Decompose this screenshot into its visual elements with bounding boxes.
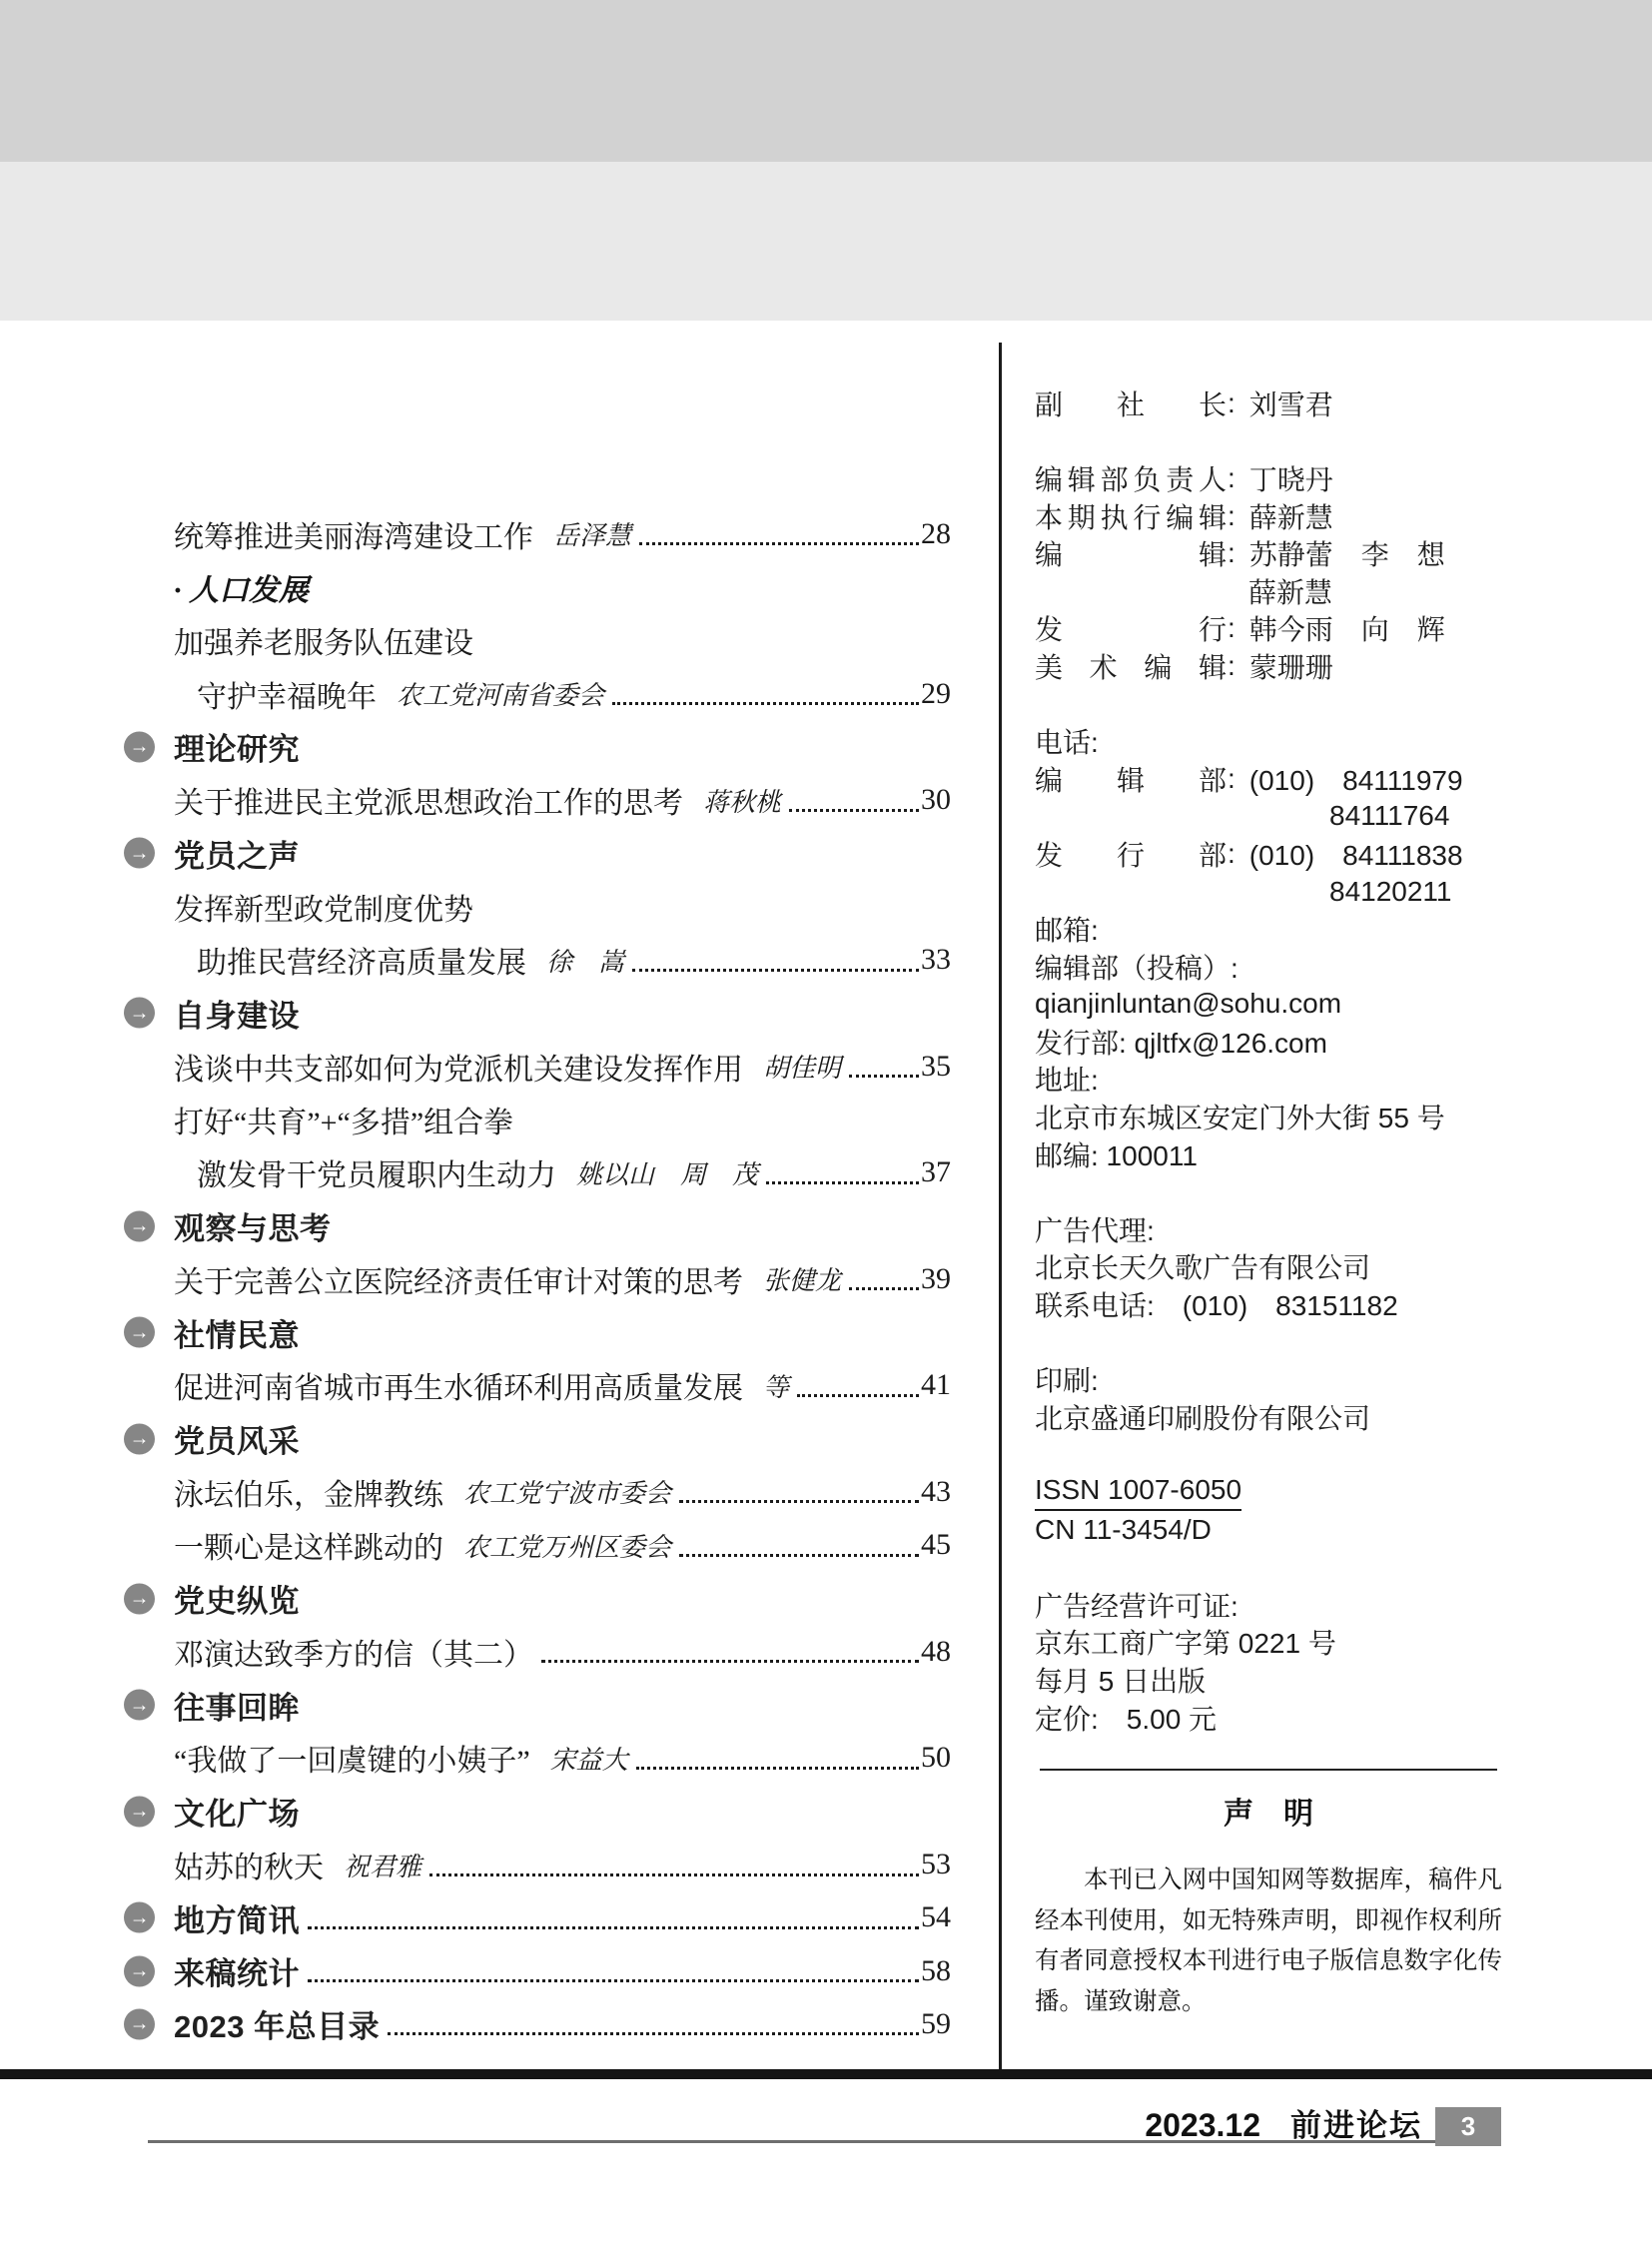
toc-article-row: 关于完善公立医院经济责任审计对策的思考张健龙39 (124, 1252, 951, 1305)
toc-section-row: →文化广场 (124, 1785, 951, 1838)
masthead-field-colon: : (1228, 763, 1236, 795)
toc-item-page: 35 (921, 1050, 951, 1084)
toc-item-title: “我做了一回虞键的小姨子” (174, 1736, 530, 1780)
masthead-field-row: 副社长:刘雪君 (1035, 384, 1609, 422)
dotted-leader (766, 1181, 919, 1184)
arrow-circle-icon: → (124, 998, 155, 1029)
toc-item-title: 守护幸福晚年 (197, 672, 377, 716)
top-band-dark (0, 0, 1652, 162)
toc-item-title: 发挥新型政党制度优势 (174, 885, 473, 929)
masthead-field-value: 84111764 (1329, 800, 1449, 832)
toc-item-author: 祝君雅 (344, 1847, 421, 1883)
masthead-text-row: 京东工商广字第 0221 号 (1035, 1624, 1609, 1662)
masthead-text: 邮箱: (1035, 909, 1099, 949)
toc-item-title: 浅谈中共支部如何为党派机关建设发挥作用 (174, 1045, 743, 1089)
masthead-field-row: 发行:韩今雨 向 辉 (1035, 610, 1609, 648)
masthead-text-row: 电话: (1035, 722, 1609, 760)
dotted-leader (797, 1394, 919, 1397)
toc-article-row: 助推民营经济高质量发展徐 嵩33 (124, 933, 951, 986)
masthead-text-row: ISSN 1007-6050 (1035, 1473, 1609, 1511)
masthead-field-row: 编辑部:(010) 84111979 (1035, 760, 1609, 798)
masthead-gap (1035, 1323, 1609, 1361)
masthead-field-row: 美术编辑:蒙珊珊 (1035, 647, 1609, 685)
masthead-gap (1035, 685, 1609, 723)
masthead-field-label: 本期执行编辑 (1035, 496, 1227, 536)
page-number-badge: 3 (1435, 2107, 1501, 2146)
masthead-text: 地址: (1035, 1059, 1099, 1099)
statement-title: 声 明 (1035, 1789, 1502, 1833)
toc-item-title: 地方简讯 (174, 1895, 300, 1940)
footer-journal-name: 前进论坛 (1290, 2100, 1422, 2145)
masthead-continuation-row: 84111764 (1035, 798, 1609, 836)
toc-item-title: 助推民营经济高质量发展 (197, 938, 526, 982)
arrow-circle-icon: → (124, 838, 155, 869)
toc-item-title: 文化广场 (174, 1789, 300, 1834)
masthead-field-value: 韩今雨 向 辉 (1249, 608, 1445, 648)
toc-item-author: 农工党万州区委会 (463, 1527, 671, 1564)
masthead-field-value: 苏静蕾 李 想 (1249, 533, 1445, 573)
toc-item-title: 往事回眸 (174, 1683, 300, 1728)
masthead-continuation-row: 84120211 (1035, 873, 1609, 911)
toc-item-page: 30 (921, 783, 951, 817)
toc-item-title: 党员之声 (174, 831, 300, 876)
toc-item-page: 28 (921, 517, 951, 551)
arrow-circle-icon: → (124, 1955, 155, 1986)
masthead-text-row: 印刷: (1035, 1360, 1609, 1398)
toc-item-page: 29 (921, 677, 951, 711)
masthead-continuation-row: 薛新慧 (1035, 572, 1609, 610)
toc-item-page: 37 (921, 1155, 951, 1189)
toc-item-page: 50 (921, 1741, 951, 1775)
toc-section-row: →理论研究 (124, 720, 951, 773)
masthead-field-value: (010) 84111838 (1249, 834, 1463, 874)
toc-article-row: 泳坛伯乐，金牌教练农工党宁波市委会43 (124, 1465, 951, 1518)
masthead-field-colon: : (1228, 838, 1236, 870)
toc-section-row: →观察与思考 (124, 1199, 951, 1252)
masthead-text-row: 邮编: 100011 (1035, 1135, 1609, 1173)
masthead-field-value: 薛新慧 (1248, 571, 1332, 611)
masthead-text-row: 广告代理: (1035, 1210, 1609, 1248)
toc-article-row: 一颗心是这样跳动的农工党万州区委会45 (124, 1519, 951, 1572)
masthead-field-label: 编辑 (1035, 533, 1227, 573)
toc-article-row: 邓演达致季方的信（其二）48 (124, 1625, 951, 1678)
footer-bar (0, 2069, 1652, 2079)
toc-item-page: 54 (921, 1900, 951, 1934)
masthead-text: 定价: 5.00 元 (1035, 1698, 1217, 1738)
dotted-leader (429, 1873, 919, 1876)
dotted-leader (639, 542, 919, 545)
masthead-text-row: 定价: 5.00 元 (1035, 1699, 1609, 1737)
toc-item-page: 58 (921, 1954, 951, 1988)
toc-item-page: 39 (921, 1262, 951, 1296)
toc-item-author: 张健龙 (763, 1260, 841, 1297)
masthead-field-value: (010) 84111979 (1249, 759, 1463, 799)
column-divider (999, 343, 1002, 2069)
masthead-field-colon: : (1228, 462, 1236, 494)
toc-list: 统筹推进美丽海湾建设工作岳泽慧28· 人口发展加强养老服务队伍建设守护幸福晚年农… (124, 507, 951, 2051)
masthead-text: 京东工商广字第 0221 号 (1035, 1622, 1336, 1662)
toc-item-author: 岳泽慧 (553, 515, 631, 552)
dotted-leader (308, 1979, 919, 1982)
toc-article-row: 守护幸福晚年农工党河南省委会29 (124, 667, 951, 720)
masthead-field-colon: : (1228, 500, 1236, 532)
toc-item-title: 姑苏的秋天 (174, 1843, 324, 1886)
top-band-light (0, 162, 1652, 321)
masthead-field-label: 编辑部 (1035, 759, 1227, 799)
toc-item-title: 一颗心是这样跳动的 (174, 1523, 443, 1567)
toc-item-title: 观察与思考 (174, 1203, 332, 1248)
masthead-text-row: 北京市东城区安定门外大街 55 号 (1035, 1098, 1609, 1135)
masthead-field-colon: : (1228, 537, 1236, 569)
toc-item-title: 党史纵览 (174, 1576, 300, 1621)
masthead-field-row: 本期执行编辑:薛新慧 (1035, 497, 1609, 535)
toc-article-row: 姑苏的秋天祝君雅53 (124, 1838, 951, 1890)
toc-article-row: 激发骨干党员履职内生动力姚以山 周 茂37 (124, 1146, 951, 1199)
statement-divider (1040, 1769, 1497, 1771)
arrow-circle-icon: → (124, 1423, 155, 1454)
toc-article-row: 发挥新型政党制度优势 (124, 880, 951, 933)
masthead-text: 北京长天久歌广告有限公司 (1035, 1246, 1370, 1286)
masthead-text: 北京市东城区安定门外大街 55 号 (1035, 1097, 1445, 1136)
toc-item-page: 45 (921, 1528, 951, 1562)
dotted-leader (612, 702, 919, 705)
toc-item-title: 理论研究 (174, 724, 300, 769)
masthead-text: 电话: (1035, 721, 1099, 761)
toc-item-title: 关于完善公立医院经济责任审计对策的思考 (174, 1257, 743, 1301)
toc-section-row: →社情民意 (124, 1305, 951, 1358)
toc-item-author: 等 (763, 1367, 789, 1404)
masthead-text: 邮编: 100011 (1035, 1134, 1198, 1174)
toc-item-title: 打好“共育”+“多措”组合拳 (174, 1098, 513, 1141)
toc-section-row: →来稿统计58 (124, 1944, 951, 1997)
toc-item-title: 统筹推进美丽海湾建设工作 (174, 512, 533, 556)
masthead-gap (1035, 1436, 1609, 1474)
masthead-field-value: 蒙珊珊 (1249, 646, 1333, 686)
toc-item-page: 53 (921, 1848, 951, 1881)
statement-section: 声 明 本刊已入网中国知网等数据库，稿件凡经本刊使用，如无特殊声明，即视作权利所… (1035, 1763, 1502, 2022)
statement-body: 本刊已入网中国知网等数据库，稿件凡经本刊使用，如无特殊声明，即视作权利所有者同意… (1035, 1861, 1502, 2022)
masthead-text: CN 11-3454/D (1035, 1514, 1212, 1546)
dotted-leader (679, 1554, 919, 1557)
masthead-text: 北京盛通印刷股份有限公司 (1035, 1397, 1370, 1437)
masthead-text: 每月 5 日出版 (1035, 1660, 1206, 1700)
footer-issue: 2023.12 (1145, 2107, 1260, 2144)
footer-meta: 2023.12 前进论坛 (1145, 2100, 1422, 2145)
masthead-field-value: 刘雪君 (1249, 383, 1333, 423)
toc-item-author: 姚以山 周 茂 (576, 1154, 758, 1191)
toc-section-row: →往事回眸 (124, 1679, 951, 1732)
masthead-text-row: 编辑部（投稿）: (1035, 948, 1609, 986)
masthead-text-row: 联系电话: (010) 83151182 (1035, 1285, 1609, 1323)
masthead-field-value: 薛新慧 (1249, 496, 1333, 536)
toc-item-author: 徐 嵩 (546, 942, 624, 979)
masthead-text-row: 地址: (1035, 1061, 1609, 1099)
masthead-gap (1035, 1548, 1609, 1586)
masthead-text-row: 北京盛通印刷股份有限公司 (1035, 1398, 1609, 1436)
arrow-circle-icon: → (124, 1690, 155, 1721)
toc-article-row: · 人口发展 (124, 560, 951, 613)
toc-article-row: 关于推进民主党派思想政治工作的思考蒋秋桃30 (124, 773, 951, 826)
masthead-gap (1035, 422, 1609, 460)
masthead-field-label: 副社长 (1035, 383, 1227, 423)
masthead-field-row: 发行部:(010) 84111838 (1035, 835, 1609, 873)
arrow-circle-icon: → (124, 1902, 155, 1933)
masthead-text-row: qianjinluntan@sohu.com (1035, 986, 1609, 1024)
toc-item-title: 激发骨干党员履职内生动力 (197, 1150, 556, 1194)
masthead-text-row: 广告经营许可证: (1035, 1586, 1609, 1624)
dotted-leader (789, 809, 919, 812)
toc-item-page: 33 (921, 943, 951, 977)
masthead-text-row: 每月 5 日出版 (1035, 1661, 1609, 1699)
toc-article-row: 打好“共育”+“多措”组合拳 (124, 1093, 951, 1145)
toc-item-title: · 人口发展 (174, 565, 309, 609)
masthead-field-value: 丁晓丹 (1249, 458, 1333, 498)
toc-item-title: 邓演达致季方的信（其二） (174, 1630, 533, 1674)
toc-item-page: 48 (921, 1635, 951, 1669)
toc-section-row: →党史纵览 (124, 1572, 951, 1625)
masthead-text: 广告经营许可证: (1035, 1585, 1239, 1625)
toc-item-title: 加强养老服务队伍建设 (174, 618, 473, 662)
footer-rule (148, 2140, 1435, 2143)
dotted-leader (849, 1075, 919, 1078)
dotted-leader (541, 1660, 919, 1663)
toc-section-row: →党员之声 (124, 827, 951, 880)
toc-article-row: “我做了一回虞键的小姨子”宋益大50 (124, 1732, 951, 1785)
masthead-text-row: CN 11-3454/D (1035, 1511, 1609, 1549)
toc-item-title: 自身建设 (174, 991, 300, 1036)
masthead-field-value: 84120211 (1329, 876, 1452, 908)
masthead-field-row: 编辑部负责人:丁晓丹 (1035, 459, 1609, 497)
toc-item-title: 社情民意 (174, 1310, 300, 1355)
toc-article-row: 促进河南省城市再生水循环利用高质量发展等41 (124, 1359, 951, 1412)
masthead-field-label: 发行部 (1035, 834, 1227, 874)
toc-item-author: 胡佳明 (763, 1048, 841, 1085)
masthead-text: qianjinluntan@sohu.com (1035, 988, 1341, 1020)
toc-item-page: 59 (921, 2007, 951, 2041)
masthead-text: 广告代理: (1035, 1209, 1155, 1249)
masthead-text: 联系电话: (010) 83151182 (1035, 1284, 1398, 1324)
magazine-toc-page: { "icons": { "section_arrow": "→" }, "to… (0, 0, 1652, 2241)
toc-article-row: 统筹推进美丽海湾建设工作岳泽慧28 (124, 507, 951, 560)
masthead-text-row: 发行部: qjltfx@126.com (1035, 1023, 1609, 1061)
dotted-leader (636, 1767, 919, 1770)
masthead-text-row: 邮箱: (1035, 910, 1609, 948)
toc-section-row: →党员风采 (124, 1412, 951, 1465)
toc-item-author: 宋益大 (550, 1740, 628, 1777)
toc-item-page: 43 (921, 1475, 951, 1509)
masthead-field-colon: : (1228, 612, 1236, 644)
dotted-leader (679, 1500, 919, 1503)
masthead-field-label: 编辑部负责人 (1035, 458, 1227, 498)
masthead-text: 印刷: (1035, 1359, 1099, 1399)
dotted-leader (308, 1926, 919, 1929)
toc-item-page: 41 (921, 1368, 951, 1402)
toc-item-title: 促进河南省城市再生水循环利用高质量发展 (174, 1363, 743, 1407)
dotted-leader (849, 1287, 919, 1290)
toc-item-author: 农工党宁波市委会 (463, 1473, 671, 1510)
masthead-field-label: 发行 (1035, 608, 1227, 648)
masthead-text: 发行部: qjltfx@126.com (1035, 1022, 1327, 1062)
masthead-text: 编辑部（投稿）: (1035, 947, 1239, 987)
masthead-field-colon: : (1228, 387, 1236, 419)
toc-item-title: 党员风采 (174, 1416, 300, 1461)
toc-item-title: 来稿统计 (174, 1948, 300, 1993)
arrow-circle-icon: → (124, 731, 155, 762)
toc-article-row: 浅谈中共支部如何为党派机关建设发挥作用胡佳明35 (124, 1040, 951, 1093)
arrow-circle-icon: → (124, 1210, 155, 1241)
arrow-circle-icon: → (124, 1317, 155, 1348)
toc-article-row: 加强养老服务队伍建设 (124, 614, 951, 667)
masthead-gap (1035, 1172, 1609, 1210)
toc-item-author: 蒋秋桃 (703, 782, 781, 819)
toc-item-title: 关于推进民主党派思想政治工作的思考 (174, 778, 683, 822)
toc-section-row: →2023 年总目录59 (124, 1997, 951, 2050)
masthead-text-row: 北京长天久歌广告有限公司 (1035, 1248, 1609, 1286)
issn-text: ISSN 1007-6050 (1035, 1474, 1241, 1511)
toc-item-title: 泳坛伯乐，金牌教练 (174, 1470, 443, 1514)
arrow-circle-icon: → (124, 1583, 155, 1614)
toc-item-title: 2023 年总目录 (174, 2001, 380, 2046)
toc-section-row: →自身建设 (124, 987, 951, 1040)
dotted-leader (632, 969, 919, 972)
masthead-field-colon: : (1228, 650, 1236, 682)
masthead-field-label: 美术编辑 (1035, 646, 1227, 686)
arrow-circle-icon: → (124, 2008, 155, 2039)
dotted-leader (388, 2032, 919, 2035)
toc-section-row: →地方简讯54 (124, 1891, 951, 1944)
masthead-field-row: 编辑:苏静蕾 李 想 (1035, 534, 1609, 572)
masthead-lines: 副社长:刘雪君编辑部负责人:丁晓丹本期执行编辑:薛新慧编辑:苏静蕾 李 想薛新慧… (1035, 384, 1609, 1736)
toc-item-author: 农工党河南省委会 (397, 675, 604, 712)
arrow-circle-icon: → (124, 1796, 155, 1827)
